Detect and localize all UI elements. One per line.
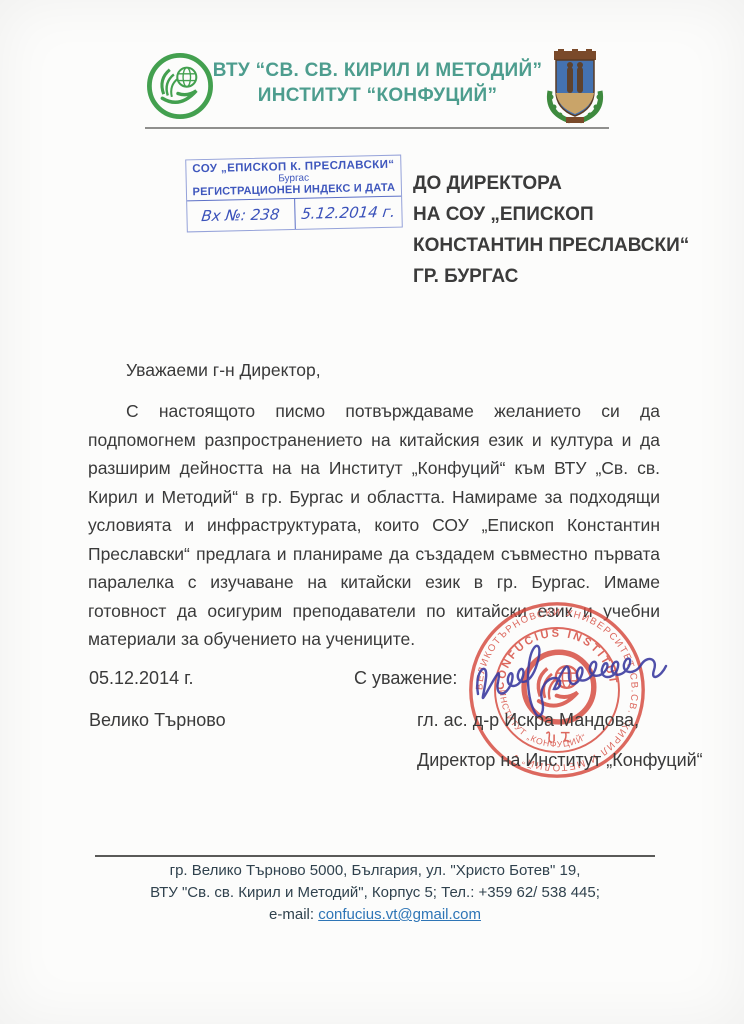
footer-contact-line: ВТУ "Св. св. Кирил и Методий", Корпус 5;… (95, 882, 655, 904)
letterhead-line2: ИНСТИТУТ “КОНФУЦИЙ” (205, 83, 550, 108)
letter-date: 05.12.2014 г. (89, 668, 193, 689)
salutation: Уважаеми г-н Директор, (88, 360, 660, 381)
signer-name: гл. ас. д-р Искра Мандова, (417, 710, 639, 731)
footer-divider (95, 855, 655, 857)
stamp-date: 5.12.2014 г. (300, 203, 396, 223)
recipient-line: ДО ДИРЕКТОРА (413, 168, 713, 199)
recipient-line: НА СОУ „ЕПИСКОП (413, 199, 713, 230)
registration-stamp: СОУ „ЕПИСКОП К. ПРЕСЛАВСКИ“ Бургас РЕГИС… (185, 155, 403, 233)
email-label: e-mail: (269, 906, 318, 923)
scanned-letter-page: ВТУ “СВ. СВ. КИРИЛ И МЕТОДИЙ” ИНСТИТУТ “… (0, 0, 744, 1024)
footer-email-line: e-mail: confucius.vt@gmail.com (95, 904, 655, 926)
header-divider (145, 127, 609, 129)
letter-city: Велико Търново (89, 710, 226, 731)
signer-title: Директор на Институт „Конфуций“ (417, 750, 703, 771)
recipient-line: КОНСТАНТИН ПРЕСЛАВСКИ“ (413, 230, 713, 261)
closing-phrase: С уважение: (354, 668, 457, 689)
university-coat-of-arms-icon (542, 49, 608, 125)
stamp-date-cell: 5.12.2014 г. (295, 197, 402, 229)
footer-block: гр. Велико Търново 5000, България, ул. "… (95, 860, 655, 926)
handwritten-signature (468, 632, 676, 720)
recipient-block: ДО ДИРЕКТОРА НА СОУ „ЕПИСКОП КОНСТАНТИН … (413, 168, 713, 292)
letterhead-title: ВТУ “СВ. СВ. КИРИЛ И МЕТОДИЙ” ИНСТИТУТ “… (205, 58, 550, 108)
stamp-entry-row: Вх №: 238 5.12.2014 г. (187, 196, 402, 232)
stamp-index-number: Вх №: 238 (201, 205, 281, 225)
recipient-line: ГР. БУРГАС (413, 261, 713, 292)
stamp-index-cell: Вх №: 238 (187, 199, 295, 231)
letterhead-line1: ВТУ “СВ. СВ. КИРИЛ И МЕТОДИЙ” (205, 58, 550, 83)
email-link[interactable]: confucius.vt@gmail.com (318, 906, 481, 923)
footer-address-line: гр. Велико Търново 5000, България, ул. "… (95, 860, 655, 882)
